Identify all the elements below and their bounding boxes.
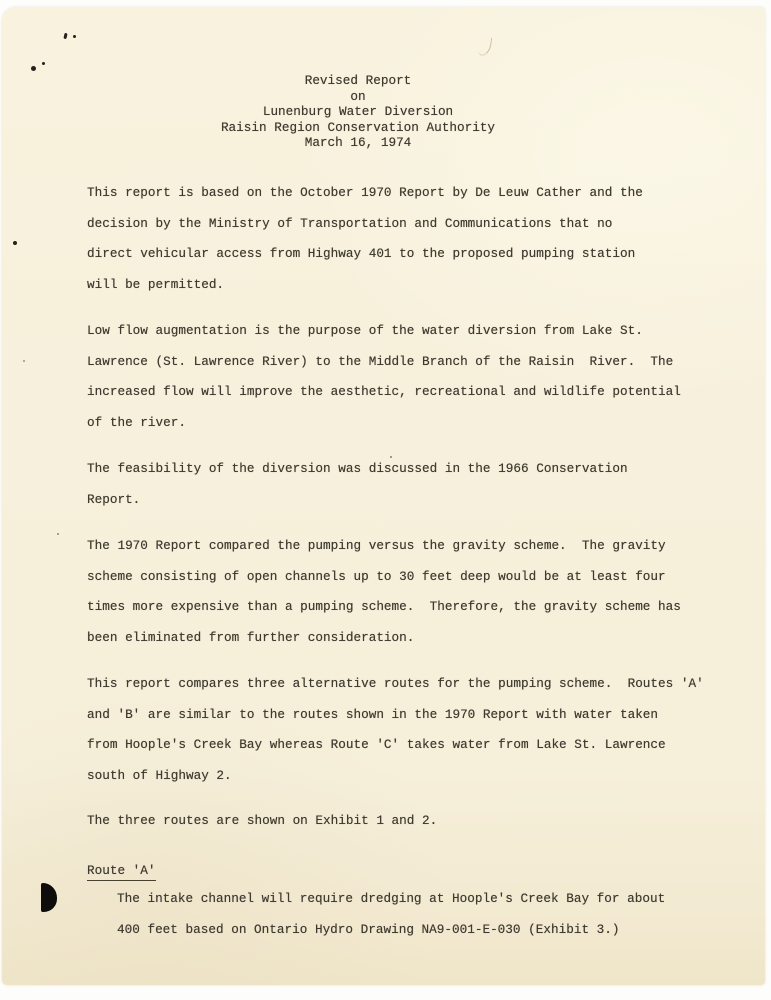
text-line: This report compares three alternative r… (87, 669, 704, 700)
paragraph-routes: This report compares three alternative r… (87, 669, 704, 791)
paragraph-route-a-body: The intake channel will require dredging… (87, 884, 665, 945)
text-line: The three routes are shown on Exhibit 1 … (87, 806, 437, 837)
section-heading-route-a: Route 'A' (87, 863, 156, 881)
text-line: Lawrence (St. Lawrence River) to the Mid… (87, 347, 681, 378)
text-line: decision by the Ministry of Transportati… (87, 209, 643, 240)
scanned-report-page: { "document": { "title_lines": [ "Revise… (0, 0, 771, 1000)
text-line: scheme consisting of open channels up to… (87, 562, 681, 593)
text-line: times more expensive than a pumping sche… (87, 592, 681, 623)
text-line: Report. (87, 485, 628, 516)
report-title-block: Revised ReportonLunenburg Water Diversio… (2, 73, 714, 151)
text-line: been eliminated from further considerati… (87, 623, 681, 654)
ink-speck (73, 35, 76, 38)
text-line: of the river. (87, 408, 681, 439)
paper-sheet: Revised ReportonLunenburg Water Diversio… (2, 7, 765, 985)
ink-blob (41, 883, 57, 912)
text-line: Revised Report (2, 73, 714, 89)
text-line: The intake channel will require dredging… (87, 884, 665, 915)
text-line: Lunenburg Water Diversion (2, 104, 714, 120)
text-line: Low flow augmentation is the purpose of … (87, 316, 681, 347)
ink-speck (390, 456, 392, 458)
text-line: The 1970 Report compared the pumping ver… (87, 531, 681, 562)
section-heading-text: Route 'A' (87, 863, 156, 881)
text-line: March 16, 1974 (2, 135, 714, 151)
text-line: from Hoople's Creek Bay whereas Route 'C… (87, 730, 704, 761)
ink-speck (23, 360, 25, 362)
text-line: south of Highway 2. (87, 761, 704, 792)
paragraph-intro: This report is based on the October 1970… (87, 178, 643, 300)
paragraph-1970-report: The 1970 Report compared the pumping ver… (87, 531, 681, 653)
text-line: 400 feet based on Ontario Hydro Drawing … (87, 915, 665, 946)
text-line: Raisin Region Conservation Authority (2, 120, 714, 136)
paragraph-low-flow: Low flow augmentation is the purpose of … (87, 316, 681, 438)
ink-speck (13, 241, 17, 245)
text-line: direct vehicular access from Highway 401… (87, 239, 643, 270)
text-line: increased flow will improve the aestheti… (87, 377, 681, 408)
text-line: on (2, 89, 714, 105)
text-line: This report is based on the October 1970… (87, 178, 643, 209)
text-line: and 'B' are similar to the routes shown … (87, 700, 704, 731)
ink-speck (57, 533, 59, 535)
ink-speck (31, 66, 36, 71)
text-line: The feasibility of the diversion was dis… (87, 454, 628, 485)
paragraph-feasibility: The feasibility of the diversion was dis… (87, 454, 628, 515)
pen-mark (478, 36, 493, 56)
paragraph-exhibits: The three routes are shown on Exhibit 1 … (87, 806, 437, 837)
ink-speck (63, 33, 67, 39)
text-line: will be permitted. (87, 270, 643, 301)
ink-speck (42, 62, 45, 65)
